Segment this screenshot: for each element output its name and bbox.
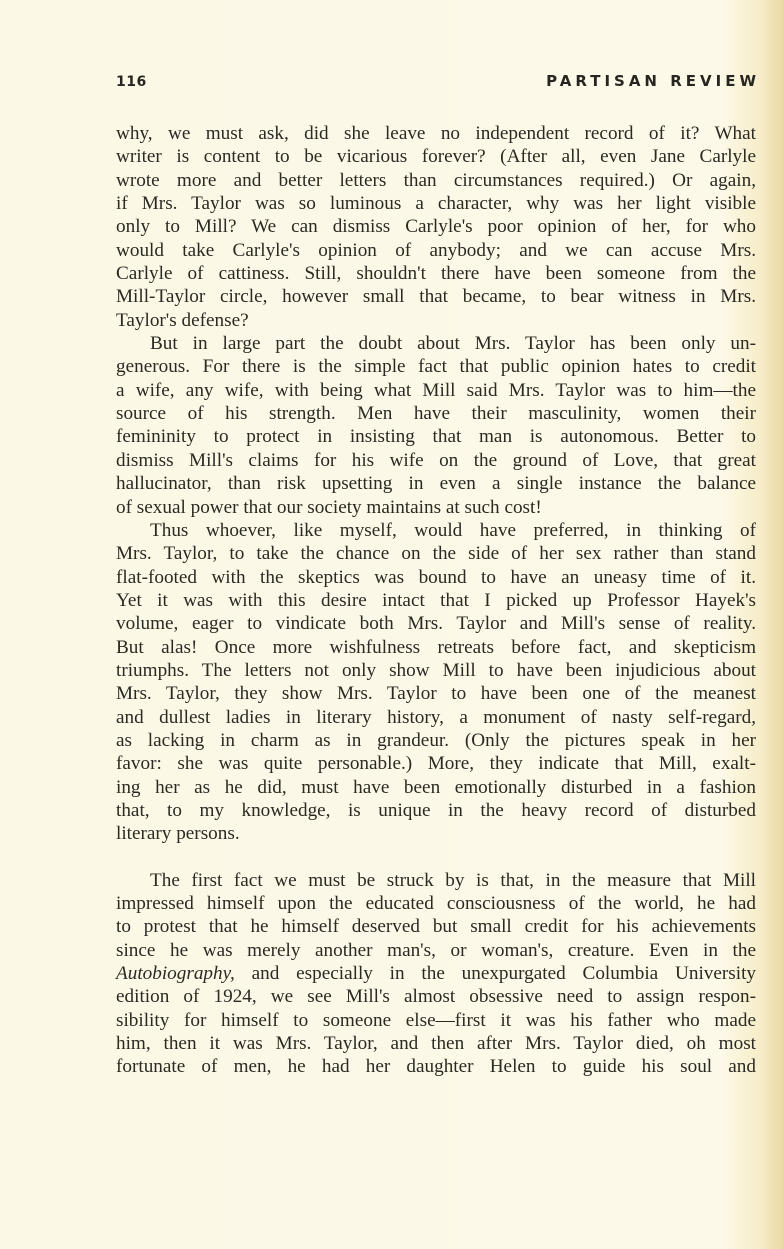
- journal-title: PARTISAN REVIEW: [546, 72, 760, 90]
- text-line: generous. For there is the simple fact t…: [116, 355, 756, 378]
- text-line: literary persons.: [116, 822, 756, 845]
- text-line: Mrs. Taylor, to take the chance on the s…: [116, 542, 756, 565]
- text-line: of sexual power that our society maintai…: [116, 496, 756, 519]
- text-line: flat-footed with the skeptics was bound …: [116, 566, 756, 589]
- text-line: as lacking in charm as in grandeur. (Onl…: [116, 729, 756, 752]
- running-head: 116 PARTISAN REVIEW: [116, 72, 756, 96]
- text-line: fortunate of men, he had her daughter He…: [116, 1055, 756, 1078]
- text-line: only to Mill? We can dismiss Carlyle's p…: [116, 215, 756, 238]
- book-title-italic: Autobiography,: [116, 963, 235, 984]
- text-line: if Mrs. Taylor was so luminous a charact…: [116, 192, 756, 215]
- text-line: Mrs. Taylor, they show Mrs. Taylor to ha…: [116, 682, 756, 705]
- text-line: volume, eager to vindicate both Mrs. Tay…: [116, 612, 756, 635]
- text-line: Thus whoever, like myself, would have pr…: [116, 519, 756, 542]
- text-line: why, we must ask, did she leave no indep…: [116, 122, 756, 145]
- text-line: would take Carlyle's opinion of anybody;…: [116, 239, 756, 262]
- text-line: and dullest ladies in literary history, …: [116, 706, 756, 729]
- page-number: 116: [116, 74, 147, 90]
- text-line: femininity to protect in insisting that …: [116, 425, 756, 448]
- text-line: favor: she was quite personable.) More, …: [116, 752, 756, 775]
- text-line-with-italic: Autobiography, and especially in the une…: [116, 962, 756, 985]
- text-line: Yet it was with this desire intact that …: [116, 589, 756, 612]
- text-line: hallucinator, than risk upsetting in eve…: [116, 472, 756, 495]
- text-line-rest: and especially in the unexpurgated Colum…: [235, 963, 756, 984]
- text-line: him, then it was Mrs. Taylor, and then a…: [116, 1032, 756, 1055]
- text-line: The first fact we must be struck by is t…: [116, 869, 756, 892]
- text-line: Taylor's defense?: [116, 309, 756, 332]
- text-line: triumphs. The letters not only show Mill…: [116, 659, 756, 682]
- paragraph-1: why, we must ask, did she leave no indep…: [116, 122, 756, 332]
- book-page: 116 PARTISAN REVIEW why, we must ask, di…: [116, 72, 756, 1079]
- paragraph-3: Thus whoever, like myself, would have pr…: [116, 519, 756, 846]
- text-line: Carlyle of cattiness. Still, shouldn't t…: [116, 262, 756, 285]
- text-line: impressed himself upon the educated cons…: [116, 892, 756, 915]
- text-line: But alas! Once more wishfulness retreats…: [116, 636, 756, 659]
- text-line: source of his strength. Men have their m…: [116, 402, 756, 425]
- paragraph-2: But in large part the doubt about Mrs. T…: [116, 332, 756, 519]
- text-line: dismiss Mill's claims for his wife on th…: [116, 449, 756, 472]
- text-line: But in large part the doubt about Mrs. T…: [116, 332, 756, 355]
- text-line: since he was merely another man's, or wo…: [116, 939, 756, 962]
- text-line: wrote more and better letters than circu…: [116, 169, 756, 192]
- text-line: to protest that he himself deserved but …: [116, 915, 756, 938]
- text-line: that, to my knowledge, is unique in the …: [116, 799, 756, 822]
- text-line: ing her as he did, must have been emotio…: [116, 776, 756, 799]
- text-line: sibility for himself to someone else—fir…: [116, 1009, 756, 1032]
- paragraph-4: The first fact we must be struck by is t…: [116, 869, 756, 1079]
- text-line: Mill-Taylor circle, however small that b…: [116, 285, 756, 308]
- text-line: writer is content to be vicarious foreve…: [116, 145, 756, 168]
- body-text: why, we must ask, did she leave no indep…: [116, 122, 756, 1079]
- text-line: edition of 1924, we see Mill's almost ob…: [116, 985, 756, 1008]
- text-line: a wife, any wife, with being what Mill s…: [116, 379, 756, 402]
